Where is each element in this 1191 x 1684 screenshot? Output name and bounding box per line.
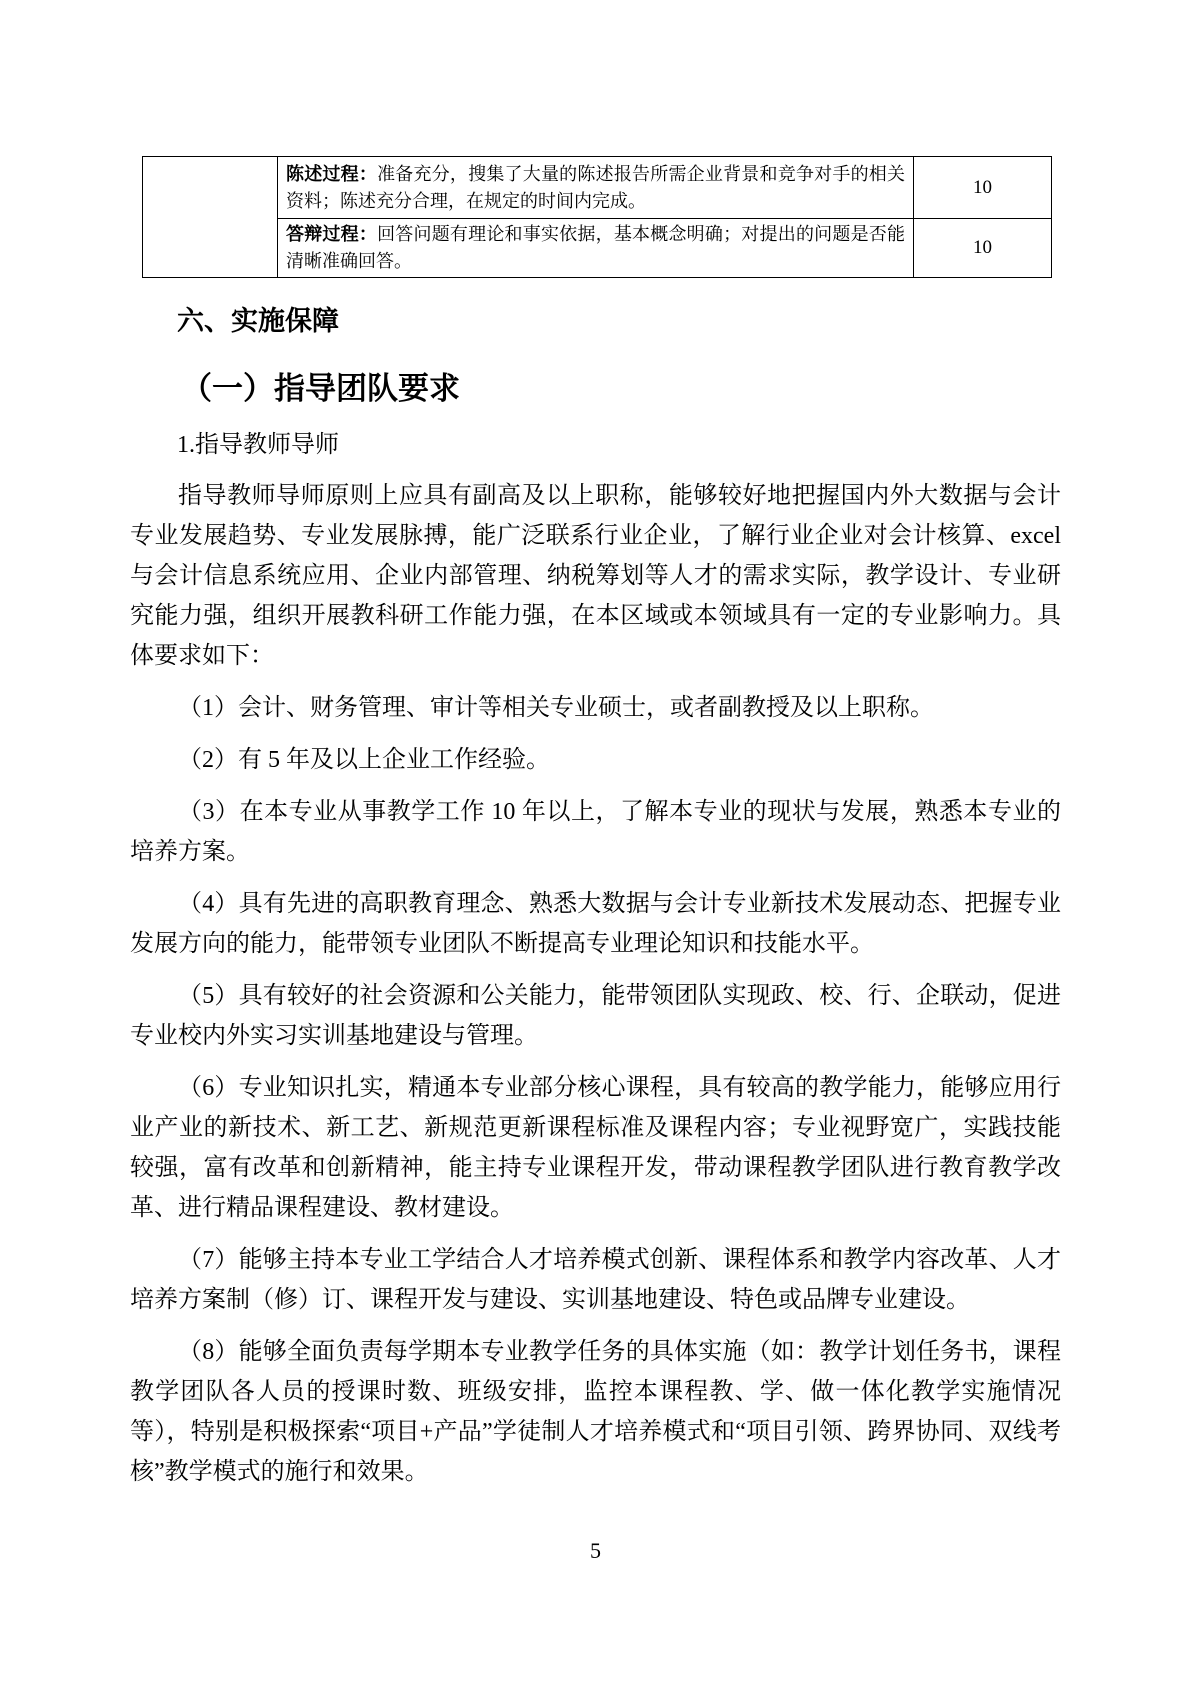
paragraph-item-1: （1）会计、财务管理、审计等相关专业硕士，或者副教授及以上职称。 <box>130 688 1061 728</box>
table-row: 陈述过程：准备充分，搜集了大量的陈述报告所需企业背景和竞争对手的相关资料；陈述充… <box>143 157 1052 219</box>
table-row: 答辩过程：回答问题有理论和事实依据，基本概念明确；对提出的问题是否能清晰准确回答… <box>143 219 1052 278</box>
page-content: 陈述过程：准备充分，搜集了大量的陈述报告所需企业背景和竞争对手的相关资料；陈述充… <box>130 0 1061 1492</box>
paragraph-item-4: （4）具有先进的高职教育理念、熟悉大数据与会计专业新技术发展动态、把握专业发展方… <box>130 884 1061 964</box>
score-table: 陈述过程：准备充分，搜集了大量的陈述报告所需企业背景和竞争对手的相关资料；陈述充… <box>142 156 1052 278</box>
criterion-text: 回答问题有理论和事实依据，基本概念明确；对提出的问题是否能清晰准确回答。 <box>286 224 905 271</box>
paragraph-item-8: （8）能够全面负责每学期本专业教学任务的具体实施（如：教学计划任务书，课程教学团… <box>130 1332 1061 1492</box>
table-empty-category-cell <box>143 157 278 278</box>
paragraph-intro: 指导教师导师原则上应具有副高及以上职称，能够较好地把握国内外大数据与会计专业发展… <box>130 476 1061 676</box>
subsection-heading: （一）指导团队要求 <box>181 370 1061 408</box>
criterion-label: 陈述过程： <box>286 164 377 184</box>
score-cell: 10 <box>914 157 1052 219</box>
criterion-text: 准备充分，搜集了大量的陈述报告所需企业背景和竞争对手的相关资料；陈述充分合理，在… <box>286 164 905 211</box>
paragraph-item-6: （6）专业知识扎实，精通本专业部分核心课程，具有较高的教学能力，能够应用行业产业… <box>130 1068 1061 1228</box>
document-page: 陈述过程：准备充分，搜集了大量的陈述报告所需企业背景和竞争对手的相关资料；陈述充… <box>0 0 1191 1684</box>
score-cell: 10 <box>914 219 1052 278</box>
paragraph-item-3: （3）在本专业从事教学工作 10 年以上，了解本专业的现状与发展，熟悉本专业的培… <box>130 792 1061 872</box>
criterion-cell: 答辩过程：回答问题有理论和事实依据，基本概念明确；对提出的问题是否能清晰准确回答… <box>278 219 914 278</box>
criterion-cell: 陈述过程：准备充分，搜集了大量的陈述报告所需企业背景和竞争对手的相关资料；陈述充… <box>278 157 914 219</box>
paragraph-item-2: （2）有 5 年及以上企业工作经验。 <box>130 740 1061 780</box>
paragraph-item-5: （5）具有较好的社会资源和公关能力，能带领团队实现政、校、行、企联动，促进专业校… <box>130 976 1061 1056</box>
numbered-subheading: 1.指导教师导师 <box>177 430 1061 460</box>
section-heading: 六、实施保障 <box>177 304 1061 338</box>
criterion-label: 答辩过程： <box>286 224 377 244</box>
paragraph-item-7: （7）能够主持本专业工学结合人才培养模式创新、课程体系和教学内容改革、人才培养方… <box>130 1240 1061 1320</box>
page-number: 5 <box>0 1538 1191 1564</box>
